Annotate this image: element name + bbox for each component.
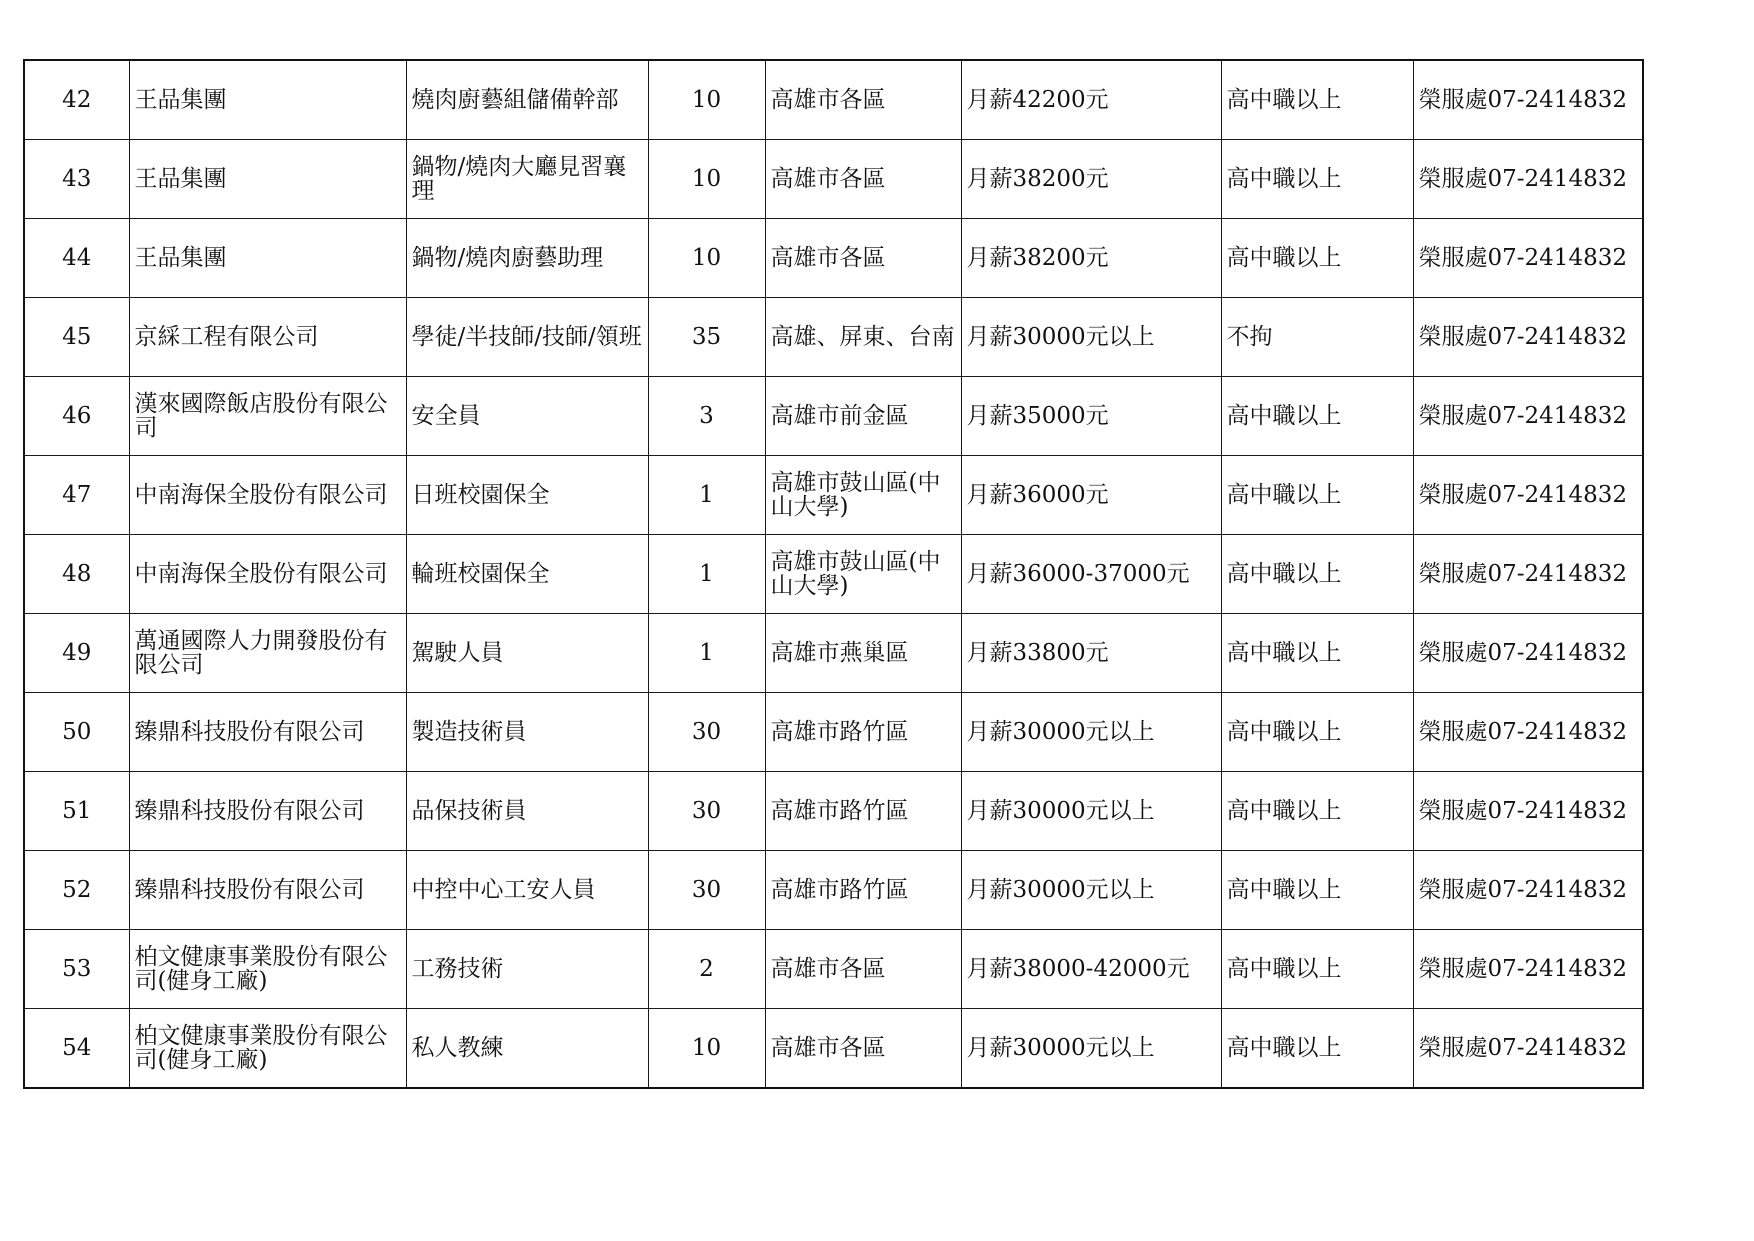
salary: 月薪33800元 [961,614,1221,693]
salary: 月薪30000元以上 [961,1009,1221,1089]
salary: 月薪38000-42000元 [961,930,1221,1009]
contact-info: 榮服處07-2414832 [1413,930,1643,1009]
job-position: 中控中心工安人員 [406,851,648,930]
contact-info: 榮服處07-2414832 [1413,772,1643,851]
openings-count: 30 [648,851,765,930]
table-body: 42 王品集團 燒肉廚藝組儲備幹部 10 高雄市各區 月薪42200元 高中職以… [24,60,1643,1088]
company-name: 王品集團 [129,219,406,298]
company-name: 臻鼎科技股份有限公司 [129,772,406,851]
row-number: 47 [24,456,129,535]
contact-info: 榮服處07-2414832 [1413,60,1643,140]
openings-count: 10 [648,140,765,219]
salary: 月薪30000元以上 [961,851,1221,930]
education-requirement: 不拘 [1221,298,1413,377]
work-location: 高雄市各區 [765,219,961,298]
company-name: 柏文健康事業股份有限公司(健身工廠) [129,1009,406,1089]
job-position: 輪班校園保全 [406,535,648,614]
table-row: 54 柏文健康事業股份有限公司(健身工廠) 私人教練 10 高雄市各區 月薪30… [24,1009,1643,1089]
job-position: 品保技術員 [406,772,648,851]
row-number: 52 [24,851,129,930]
job-position: 學徒/半技師/技師/領班 [406,298,648,377]
salary: 月薪36000元 [961,456,1221,535]
row-number: 46 [24,377,129,456]
openings-count: 10 [648,1009,765,1089]
openings-count: 1 [648,535,765,614]
openings-count: 3 [648,377,765,456]
company-name: 臻鼎科技股份有限公司 [129,851,406,930]
row-number: 50 [24,693,129,772]
salary: 月薪38200元 [961,140,1221,219]
company-name: 萬通國際人力開發股份有限公司 [129,614,406,693]
row-number: 49 [24,614,129,693]
work-location: 高雄市各區 [765,1009,961,1089]
education-requirement: 高中職以上 [1221,456,1413,535]
education-requirement: 高中職以上 [1221,930,1413,1009]
education-requirement: 高中職以上 [1221,772,1413,851]
salary: 月薪30000元以上 [961,772,1221,851]
company-name: 中南海保全股份有限公司 [129,535,406,614]
work-location: 高雄市路竹區 [765,772,961,851]
table-row: 50 臻鼎科技股份有限公司 製造技術員 30 高雄市路竹區 月薪30000元以上… [24,693,1643,772]
job-position: 安全員 [406,377,648,456]
work-location: 高雄市各區 [765,140,961,219]
openings-count: 10 [648,219,765,298]
openings-count: 30 [648,772,765,851]
contact-info: 榮服處07-2414832 [1413,614,1643,693]
row-number: 43 [24,140,129,219]
openings-count: 1 [648,456,765,535]
contact-info: 榮服處07-2414832 [1413,851,1643,930]
openings-count: 30 [648,693,765,772]
contact-info: 榮服處07-2414832 [1413,693,1643,772]
contact-info: 榮服處07-2414832 [1413,535,1643,614]
salary: 月薪30000元以上 [961,298,1221,377]
work-location: 高雄市前金區 [765,377,961,456]
table-row: 47 中南海保全股份有限公司 日班校園保全 1 高雄市鼓山區(中山大學) 月薪3… [24,456,1643,535]
openings-count: 10 [648,60,765,140]
row-number: 45 [24,298,129,377]
contact-info: 榮服處07-2414832 [1413,377,1643,456]
row-number: 53 [24,930,129,1009]
work-location: 高雄、屏東、台南 [765,298,961,377]
contact-info: 榮服處07-2414832 [1413,140,1643,219]
table-row: 44 王品集團 鍋物/燒肉廚藝助理 10 高雄市各區 月薪38200元 高中職以… [24,219,1643,298]
table-row: 46 漢來國際飯店股份有限公司 安全員 3 高雄市前金區 月薪35000元 高中… [24,377,1643,456]
job-position: 私人教練 [406,1009,648,1089]
table-row: 43 王品集團 鍋物/燒肉大廳見習襄理 10 高雄市各區 月薪38200元 高中… [24,140,1643,219]
job-position: 日班校園保全 [406,456,648,535]
salary: 月薪42200元 [961,60,1221,140]
table-row: 45 京綵工程有限公司 學徒/半技師/技師/領班 35 高雄、屏東、台南 月薪3… [24,298,1643,377]
education-requirement: 高中職以上 [1221,219,1413,298]
salary: 月薪38200元 [961,219,1221,298]
salary: 月薪36000-37000元 [961,535,1221,614]
education-requirement: 高中職以上 [1221,377,1413,456]
table-row: 51 臻鼎科技股份有限公司 品保技術員 30 高雄市路竹區 月薪30000元以上… [24,772,1643,851]
row-number: 54 [24,1009,129,1089]
contact-info: 榮服處07-2414832 [1413,298,1643,377]
education-requirement: 高中職以上 [1221,60,1413,140]
company-name: 王品集團 [129,140,406,219]
work-location: 高雄市鼓山區(中山大學) [765,535,961,614]
job-position: 鍋物/燒肉廚藝助理 [406,219,648,298]
work-location: 高雄市各區 [765,60,961,140]
job-position: 製造技術員 [406,693,648,772]
job-position: 工務技術 [406,930,648,1009]
education-requirement: 高中職以上 [1221,851,1413,930]
education-requirement: 高中職以上 [1221,140,1413,219]
education-requirement: 高中職以上 [1221,693,1413,772]
table-row: 53 柏文健康事業股份有限公司(健身工廠) 工務技術 2 高雄市各區 月薪380… [24,930,1643,1009]
education-requirement: 高中職以上 [1221,535,1413,614]
table-row: 48 中南海保全股份有限公司 輪班校園保全 1 高雄市鼓山區(中山大學) 月薪3… [24,535,1643,614]
work-location: 高雄市燕巢區 [765,614,961,693]
education-requirement: 高中職以上 [1221,1009,1413,1089]
row-number: 42 [24,60,129,140]
work-location: 高雄市各區 [765,930,961,1009]
salary: 月薪30000元以上 [961,693,1221,772]
row-number: 44 [24,219,129,298]
openings-count: 2 [648,930,765,1009]
job-position: 駕駛人員 [406,614,648,693]
work-location: 高雄市路竹區 [765,851,961,930]
contact-info: 榮服處07-2414832 [1413,219,1643,298]
company-name: 臻鼎科技股份有限公司 [129,693,406,772]
company-name: 漢來國際飯店股份有限公司 [129,377,406,456]
contact-info: 榮服處07-2414832 [1413,456,1643,535]
job-position: 鍋物/燒肉大廳見習襄理 [406,140,648,219]
openings-count: 1 [648,614,765,693]
contact-info: 榮服處07-2414832 [1413,1009,1643,1089]
company-name: 柏文健康事業股份有限公司(健身工廠) [129,930,406,1009]
company-name: 中南海保全股份有限公司 [129,456,406,535]
openings-count: 35 [648,298,765,377]
table-row: 49 萬通國際人力開發股份有限公司 駕駛人員 1 高雄市燕巢區 月薪33800元… [24,614,1643,693]
row-number: 48 [24,535,129,614]
salary: 月薪35000元 [961,377,1221,456]
work-location: 高雄市路竹區 [765,693,961,772]
job-listings-table: 42 王品集團 燒肉廚藝組儲備幹部 10 高雄市各區 月薪42200元 高中職以… [23,59,1644,1089]
job-position: 燒肉廚藝組儲備幹部 [406,60,648,140]
company-name: 京綵工程有限公司 [129,298,406,377]
table-row: 52 臻鼎科技股份有限公司 中控中心工安人員 30 高雄市路竹區 月薪30000… [24,851,1643,930]
education-requirement: 高中職以上 [1221,614,1413,693]
work-location: 高雄市鼓山區(中山大學) [765,456,961,535]
table-row: 42 王品集團 燒肉廚藝組儲備幹部 10 高雄市各區 月薪42200元 高中職以… [24,60,1643,140]
row-number: 51 [24,772,129,851]
company-name: 王品集團 [129,60,406,140]
